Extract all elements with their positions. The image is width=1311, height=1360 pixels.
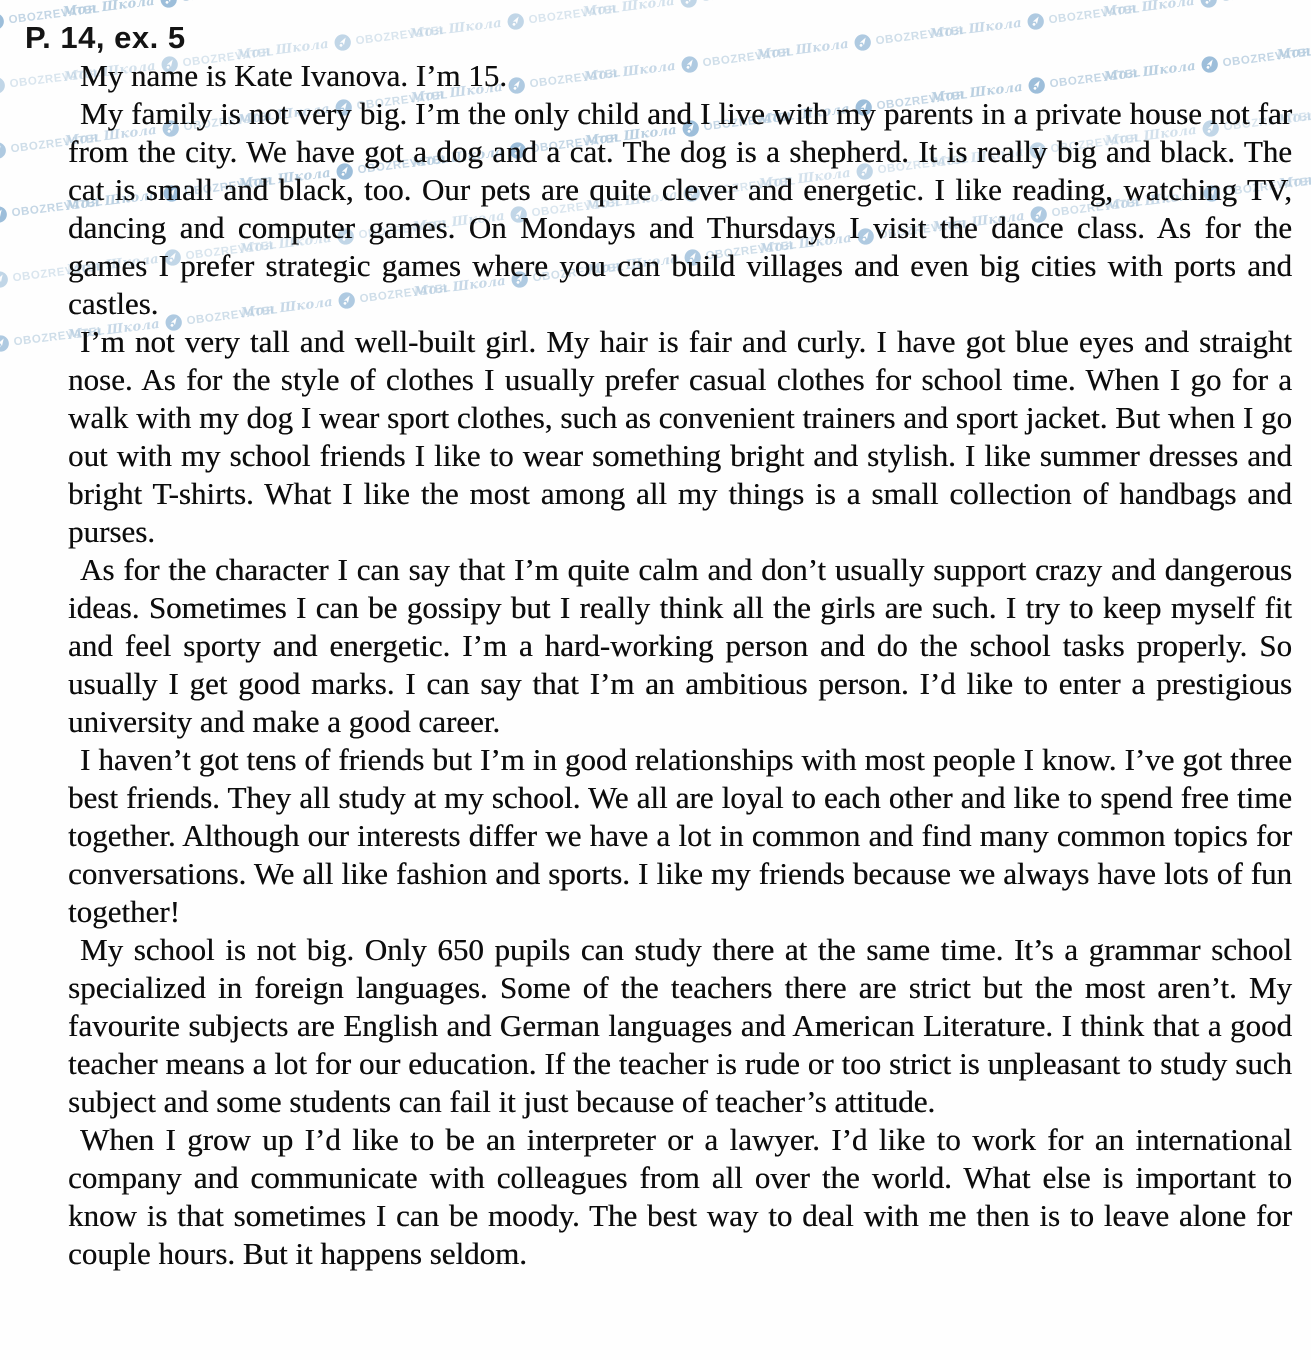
watermark-brand-label: OBOZREVATEL — [355, 24, 448, 47]
watermark-school-label: Моя Школа — [62, 0, 156, 20]
watermark-school-label: Моя Школа — [1102, 0, 1196, 20]
watermark-brand-label: OBOZREVATEL — [528, 2, 621, 25]
obozrevatel-logo-icon — [0, 12, 5, 31]
paragraph-school: My school is not big. Only 650 pupils ca… — [68, 931, 1292, 1121]
paragraph-future: When I grow up I’d like to be an interpr… — [68, 1121, 1292, 1273]
obozrevatel-logo-icon — [0, 76, 6, 95]
essay-text-block: My name is Kate Ivanova. I’m 15. My fami… — [68, 57, 1292, 1273]
obozrevatel-logo-icon — [0, 270, 9, 289]
watermark-brand-label: OBOZREVATEL — [1048, 2, 1141, 25]
paragraph-family: My family is not very big. I’m the only … — [68, 95, 1292, 323]
paragraph-character: As for the character I can say that I’m … — [68, 551, 1292, 741]
obozrevatel-logo-icon — [0, 334, 10, 353]
watermark-school-label: Моя Школа — [582, 0, 676, 20]
watermark-unit: Моя Школа OBOZREVATEL — [582, 0, 794, 21]
paragraph-friends: I haven’t got tens of friends but I’m in… — [68, 741, 1292, 931]
watermark-unit: Моя Школа OBOZREVATEL — [1102, 0, 1311, 21]
watermark-unit: Моя Школа OBOZREVATEL — [409, 0, 621, 42]
obozrevatel-logo-icon — [679, 0, 698, 9]
obozrevatel-logo-icon — [853, 33, 872, 52]
scanned-page: Моя Школа OBOZREVATELМоя Школа OBOZREVAT… — [0, 0, 1311, 1360]
watermark-unit: Моя Школа OBOZREVATEL — [62, 0, 274, 21]
watermark-brand-label: OBOZREVATEL — [1221, 0, 1311, 4]
obozrevatel-logo-icon — [506, 12, 525, 31]
obozrevatel-logo-icon — [159, 0, 178, 9]
watermark-unit: Моя Школа OBOZREVATEL — [929, 0, 1141, 42]
watermark-brand-label: OBOZREVATEL — [875, 24, 968, 47]
page-heading: P. 14, ex. 5 — [25, 20, 186, 56]
watermark-school-label: Моя Школа — [929, 15, 1023, 41]
watermark-school-label: Моя Школа — [409, 15, 503, 41]
obozrevatel-logo-icon — [0, 141, 7, 160]
watermark-brand-label: OBOZREVATEL — [701, 0, 794, 4]
obozrevatel-logo-icon — [333, 33, 352, 52]
paragraph-intro: My name is Kate Ivanova. I’m 15. — [68, 57, 1292, 95]
obozrevatel-logo-icon — [1026, 12, 1045, 31]
obozrevatel-logo-icon — [0, 205, 8, 224]
watermark-brand-label: OBOZREVATEL — [181, 0, 274, 4]
paragraph-appearance: I’m not very tall and well-built girl. M… — [68, 323, 1292, 551]
obozrevatel-logo-icon — [1199, 0, 1218, 9]
